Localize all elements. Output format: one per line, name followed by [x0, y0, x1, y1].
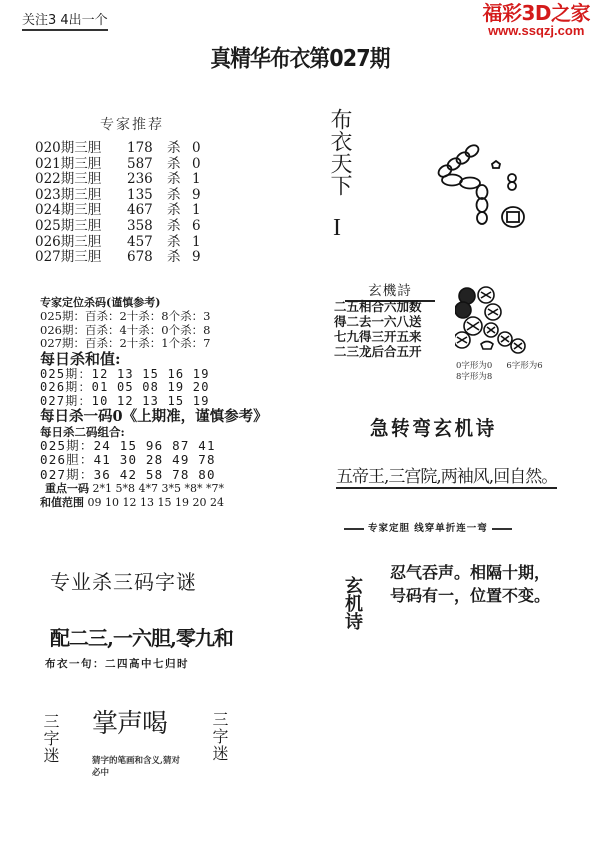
xuanji-poem-label: 玄机诗	[338, 576, 366, 630]
three-char-riddle-hint: 猜字的笔画和含义,猜对必中	[92, 755, 182, 779]
expert-recommend-kill-label: 杀	[167, 172, 192, 188]
buyi-tianxia-roman: I	[333, 215, 341, 242]
daily-two-code-row: 025期：24 15 96 87 41	[40, 439, 268, 453]
xuanji-poem-line: 号码有一，位置不变。	[390, 584, 550, 607]
expert-recommend-row: 020期三胆178杀0	[35, 141, 201, 157]
page-title: 真精华布衣第027期	[30, 40, 570, 73]
daily-two-code-row: 027期：36 42 58 78 80	[40, 468, 268, 482]
sum-range-label: 和值范围	[40, 496, 84, 509]
coins-note-item: 0字形为0	[456, 361, 492, 371]
sum-range-row: 和值范围 09 10 12 13 15 19 20 24	[40, 496, 268, 510]
expert-recommend-code: 457	[127, 235, 167, 251]
expert-recommend-period: 024期三胆	[35, 203, 127, 219]
daily-sum-kill-row: 026期：01 05 08 19 20	[40, 381, 268, 394]
expert-recommend-period: 022期三胆	[35, 172, 127, 188]
position-kill-heading: 专家定位杀码(谨慎参考)	[40, 296, 268, 310]
expert-recommend-period: 023期三胆	[35, 188, 127, 204]
expert-recommend-kill-label: 杀	[167, 219, 192, 235]
mystic-poem-line: 得二去一六八送	[334, 315, 422, 329]
mystic-poem-line: 二三龙后合五开	[334, 345, 422, 359]
expert-recommend-kill: 0	[192, 157, 201, 173]
expert-recommend-period: 020期三胆	[35, 141, 127, 157]
expert-recommend-kill-label: 杀	[167, 250, 192, 266]
three-char-riddle-phrase: 掌声喝	[92, 703, 167, 740]
expert-recommend-row: 024期三胆467杀1	[35, 203, 201, 219]
focus-code-label: 重点一码	[45, 482, 89, 495]
buyi-tianxia: 布衣天下	[326, 108, 353, 196]
expert-recommend-kill: 9	[192, 250, 201, 266]
riddle-title: 专业杀三码字谜	[50, 566, 197, 595]
expert-recommend-code: 135	[127, 188, 167, 204]
expert-recommend-kill-label: 杀	[167, 188, 192, 204]
expert-recommend-kill: 6	[192, 219, 201, 235]
focus-code-row: 重点一码 2*1 5*8 4*7 3*5 *8* *7*	[40, 482, 268, 496]
daily-two-code-row: 026胆：41 30 28 49 78	[40, 453, 268, 467]
expert-recommend-kill: 9	[192, 188, 201, 204]
divider	[492, 528, 512, 530]
expert-recommend-code: 467	[127, 203, 167, 219]
expert-recommend-kill-label: 杀	[167, 235, 192, 251]
expert-recommend-row: 021期三胆587杀0	[35, 157, 201, 173]
coins-note: 0字形为06字形为6 8字形为8	[456, 361, 557, 383]
expert-recommend-table: 020期三胆178杀0021期三胆587杀0022期三胆236杀1023期三胆1…	[35, 141, 201, 266]
xuanji-poem-lines: 忍气吞声。相隔十期， 号码有一，位置不变。	[390, 561, 550, 607]
expert-recommend-period: 027期三胆	[35, 250, 127, 266]
sum-range-value: 09 10 12 13 15 19 20 24	[88, 496, 224, 509]
beads-illustration	[430, 140, 525, 235]
position-kill-row: 027期：百杀：2十杀：1个杀：7	[40, 337, 268, 351]
expert-recommend-row: 023期三胆135杀9	[35, 188, 201, 204]
expert-recommend-code: 358	[127, 219, 167, 235]
three-char-riddle-label-left: 三字迷	[41, 713, 59, 764]
expert-recommend-kill-label: 杀	[167, 157, 192, 173]
coins-note-item: 6字形为6	[506, 361, 542, 371]
coins-illustration	[455, 282, 555, 358]
expert-recommend-period: 026期三胆	[35, 235, 127, 251]
coins-note-item: 8字形为8	[456, 372, 492, 382]
expert-recommend-row: 026期三胆457杀1	[35, 235, 201, 251]
daily-two-code-heading: 每日杀二码组合:	[40, 425, 268, 439]
expert-recommend-code: 236	[127, 172, 167, 188]
expert-recommend-kill-label: 杀	[167, 141, 192, 157]
expert-recommend-kill: 1	[192, 172, 201, 188]
expert-recommend-kill-label: 杀	[167, 203, 192, 219]
daily-sum-kill-row: 027期：10 12 13 15 19	[40, 395, 268, 408]
site-logo[interactable]: 福彩3D之家 www.ssqzj.com	[482, 2, 590, 38]
expert-recommend-code: 587	[127, 157, 167, 173]
expert-recommend-kill: 1	[192, 235, 201, 251]
expert-recommend-period: 021期三胆	[35, 157, 127, 173]
expert-recommend-row: 025期三胆358杀6	[35, 219, 201, 235]
sharp-turn-line: 五帝王,三宫院,两袖风,回自然。	[336, 462, 557, 489]
buyi-tianxia-chars: 布衣天下	[327, 108, 352, 196]
top-note: 关注3 4出一个	[22, 9, 108, 31]
expert-dan-line: 专家定胆 线穿单折连一弯	[340, 520, 516, 534]
expert-recommend-row: 027期三胆678杀9	[35, 250, 201, 266]
sharp-turn-title: 急转弯玄机诗	[370, 412, 497, 441]
expert-recommend-period: 025期三胆	[35, 219, 127, 235]
three-char-riddle-label-right: 三字迷	[210, 711, 228, 762]
daily-sum-kill-heading: 每日杀和值:	[40, 351, 268, 368]
expert-dan-text: 专家定胆 线穿单折连一弯	[368, 523, 488, 534]
expert-recommend-kill: 1	[192, 203, 201, 219]
expert-recommend-row: 022期三胆236杀1	[35, 172, 201, 188]
position-kill-row: 025期：百杀：2十杀：8个杀：3	[40, 310, 268, 324]
divider	[344, 528, 364, 530]
focus-code-value: 2*1 5*8 4*7 3*5 *8* *7*	[93, 482, 224, 495]
buyi-line: 布衣一句：二四高中七归时	[45, 656, 189, 671]
expert-recommend-code: 678	[127, 250, 167, 266]
expert-recommend-heading: 专家推荐	[100, 114, 164, 134]
riddle-answer: 配二三,一六胆,零九和	[50, 622, 233, 651]
mystic-poem-line: 七九得三开五来	[334, 330, 422, 344]
kill-code-block: 专家定位杀码(谨慎参考) 025期：百杀：2十杀：8个杀：3 026期：百杀：4…	[40, 296, 268, 510]
expert-recommend-kill: 0	[192, 141, 201, 157]
expert-recommend-code: 178	[127, 141, 167, 157]
xuanji-poem-line: 忍气吞声。相隔十期，	[390, 561, 550, 584]
position-kill-row: 026期：百杀：4十杀：0个杀：8	[40, 324, 268, 338]
logo-url[interactable]: www.ssqzj.com	[482, 24, 590, 38]
mystic-poem-line: 二五相合六加数	[334, 300, 422, 314]
daily-one-code: 每日杀一码0《上期准，谨慎参考》	[40, 408, 268, 425]
logo-name: 福彩3D之家	[482, 2, 590, 24]
